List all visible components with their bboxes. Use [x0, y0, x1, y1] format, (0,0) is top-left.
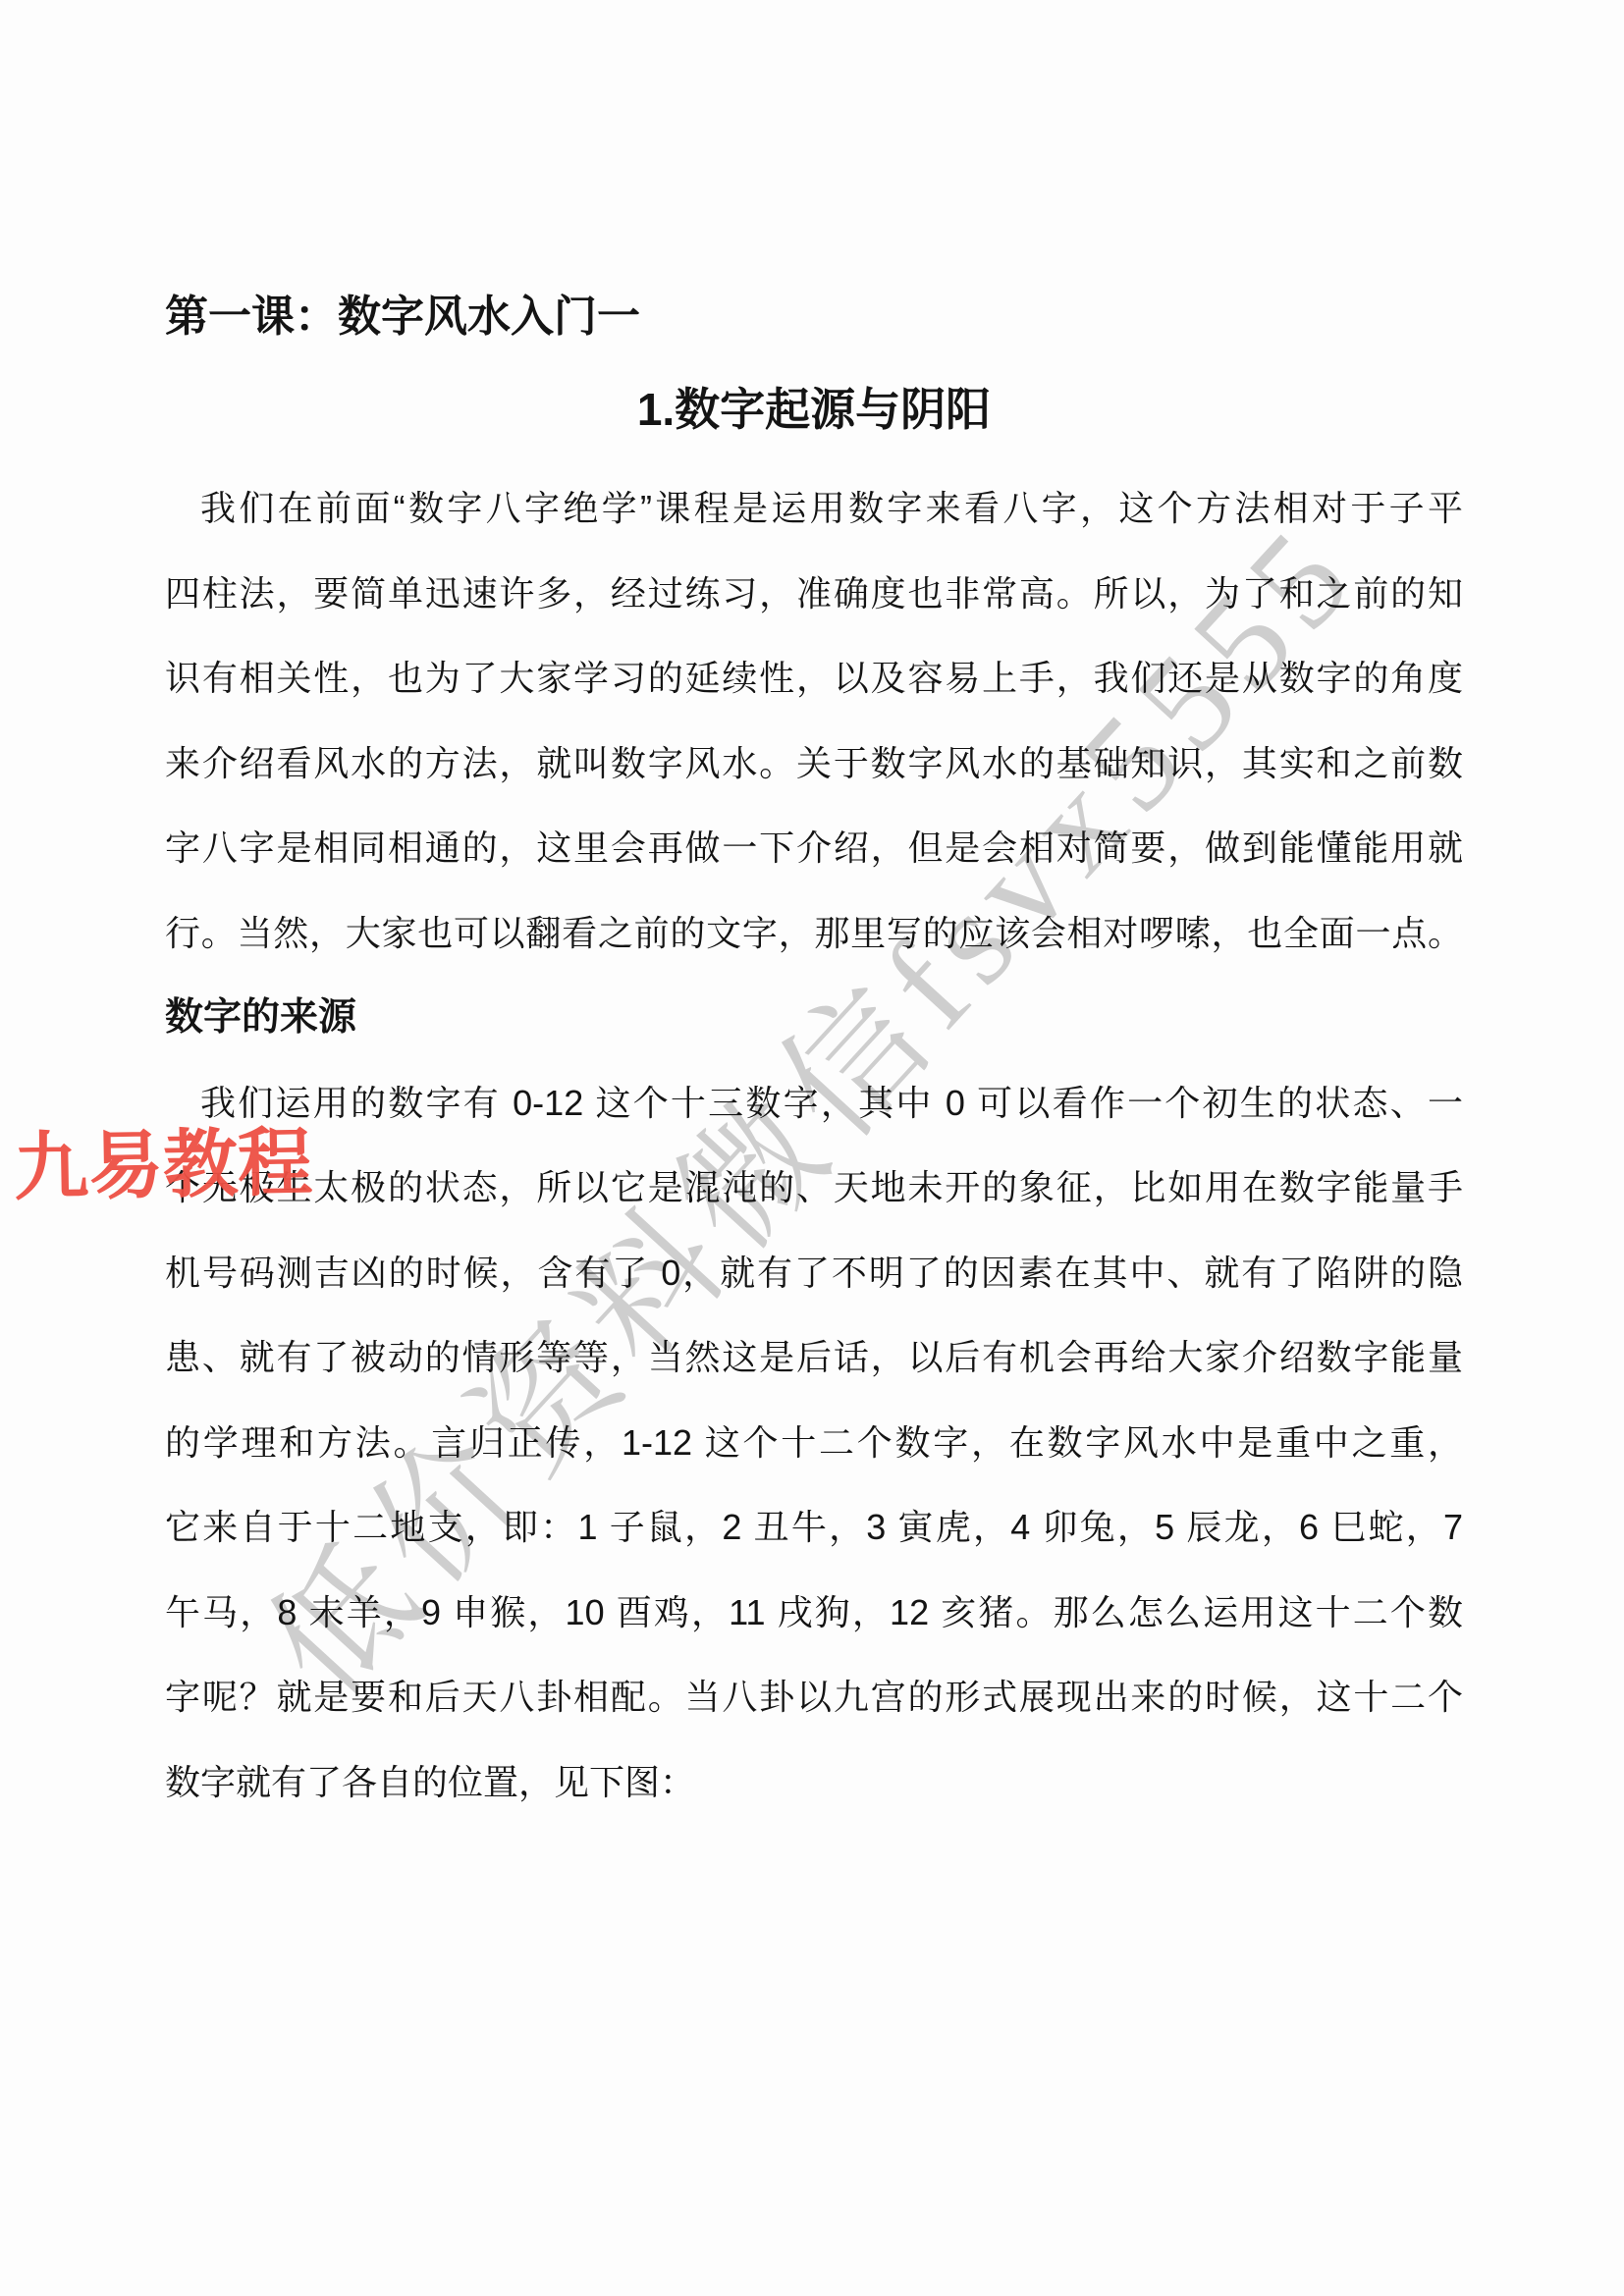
body-line: 字呢？就是要和后天八卦相配。当八卦以九宫的形式展现出来的时候，这十二个 — [165, 1655, 1463, 1740]
section-heading: 数字的来源 — [165, 976, 1463, 1061]
body-line: 我们在前面“数字八字绝学”课程是运用数字来看八字，这个方法相对于子平 — [165, 466, 1463, 552]
body-line: 它来自于十二地支，即：1 子鼠，2 丑牛，3 寅虎，4 卯兔，5 辰龙，6 巳蛇… — [165, 1485, 1463, 1571]
red-brand-watermark: 九易教程 — [13, 1102, 313, 1214]
body-line: 我们运用的数字有 0-12 这个十三数字，其中 0 可以看作一个初生的状态、一 — [165, 1061, 1463, 1147]
body-line: 患、就有了被动的情形等等，当然这是后话，以后有机会再给大家介绍数字能量 — [165, 1315, 1463, 1401]
body-line: 的学理和方法。言归正传，1-12 这个十二个数字，在数字风水中是重中之重， — [165, 1401, 1463, 1486]
page-title: 第一课：数字风水入门一 — [165, 288, 1463, 347]
body-line: 数字就有了各自的位置，见下图： — [165, 1740, 1463, 1826]
body-line: 来介绍看风水的方法，就叫数字风水。关于数字风水的基础知识，其实和之前数 — [165, 721, 1463, 807]
body-line: 识有相关性，也为了大家学习的延续性，以及容易上手，我们还是从数字的角度 — [165, 636, 1463, 721]
body-line: 机号码测吉凶的时候，含有了 0，就有了不明了的因素在其中、就有了陷阱的隐 — [165, 1231, 1463, 1316]
body-line: 四柱法，要简单迅速许多，经过练习，准确度也非常高。所以，为了和之前的知 — [165, 552, 1463, 637]
body-line: 午马，8 未羊，9 申猴，10 酉鸡，11 戌狗，12 亥猪。那么怎么运用这十二… — [165, 1571, 1463, 1656]
document-page: 低价资料微信fsvx5555 第一课：数字风水入门一 1.数字起源与阴阳 我们在… — [0, 0, 1624, 2296]
body-line: 字八字是相同相通的，这里会再做一下介绍，但是会相对简要，做到能懂能用就 — [165, 806, 1463, 891]
section-subtitle: 1.数字起源与阴阳 — [165, 379, 1463, 440]
body-line: 个无极生太极的状态，所以它是混沌的、天地未开的象征，比如用在数字能量手 — [165, 1146, 1463, 1231]
body-text: 我们在前面“数字八字绝学”课程是运用数字来看八字，这个方法相对于子平 四柱法，要… — [165, 466, 1463, 1825]
body-line: 行。当然，大家也可以翻看之前的文字，那里写的应该会相对啰嗦，也全面一点。 — [165, 891, 1463, 977]
